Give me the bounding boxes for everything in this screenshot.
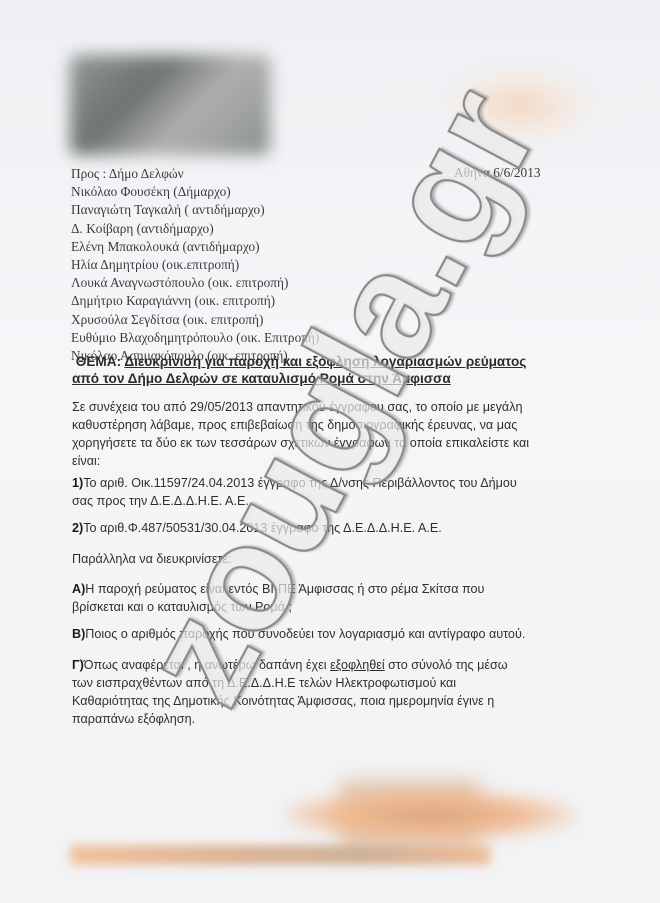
recipient: Παναγιώτη Ταγκαλή ( αντιδήμαρχο): [71, 201, 319, 219]
blurred-footer: [70, 845, 490, 865]
subject-block: ΘΕΜΑ: Διευκρίνιση για παροχή και εξόφλησ…: [72, 353, 526, 387]
question-c-text: Όπως αναφέρεται , η ανωτέρω δαπάνη έχει: [84, 658, 330, 672]
question-a-text: Η παροχή ρεύματος είναι εντός ΒΙ-ΠΕ Άμφι…: [85, 582, 484, 596]
item-1-text: σας προς την Δ.Ε.Δ.Δ.Η.Ε. Α.Ε.: [72, 492, 517, 510]
recipient: Ελένη Μπακολουκά (αντιδήμαρχο): [71, 238, 319, 256]
recipient: Δ. Κοίβαρη (αντιδήμαρχο): [71, 220, 319, 238]
intro-line: χορηγήσετε τα δύο εκ των τεσσάρων σχετικ…: [72, 434, 529, 452]
item-1-text: Το αριθ. Οικ.11597/24.04.2013 έγγραφο τη…: [83, 476, 517, 490]
question-a-text: βρίσκεται και ο καταυλισμός των Ρομά ;: [72, 598, 484, 616]
intro-line: είναι:: [72, 452, 529, 470]
question-c-text: στο σύνολό της μέσω: [385, 658, 508, 672]
recipients-heading: Προς : Δήμο Δελφών: [71, 165, 319, 183]
question-b-label: Β): [72, 627, 85, 641]
recipient: Ευθύμιο Βλαχοδημητρόπουλο (οικ. Επιτροπή…: [71, 329, 319, 347]
question-c-text: παραπάνω εξόφληση.: [72, 710, 508, 728]
question-c: Γ)Όπως αναφέρεται , η ανωτέρω δαπάνη έχε…: [72, 656, 508, 728]
blurred-letterhead-logo: [70, 55, 270, 155]
question-a-label: Α): [72, 582, 85, 596]
item-2-label: 2): [72, 521, 83, 535]
question-c-text: Καθαριότητας της Δημοτικής Κοινότητας Άμ…: [72, 692, 508, 710]
question-c-text: των εισπραχθέντων από τη Δ.Ε.Δ.Δ.Η.Ε τελ…: [72, 674, 508, 692]
requested-doc-1: 1)Το αριθ. Οικ.11597/24.04.2013 έγγραφο …: [72, 474, 517, 510]
question-b-text: Ποιος ο αριθμός παροχής που συνοδεύει το…: [85, 627, 525, 641]
recipient: Χρυσούλα Σεγδίτσα (οικ. επιτροπή): [71, 311, 319, 329]
intro-line: Σε συνέχεια του από 29/05/2013 απαντητικ…: [72, 398, 529, 416]
letter-date: Αθήνα 6/6/2013: [454, 165, 541, 181]
clarify-intro: Παράλληλα να διευκρινίσετε:: [72, 550, 232, 568]
recipients-block: Προς : Δήμο Δελφών Νικόλαο Φουσέκη (Δήμα…: [71, 165, 319, 365]
question-c-label: Γ): [72, 658, 84, 672]
question-c-underlined: εξοφληθεί: [330, 658, 385, 672]
recipient: Δημήτριο Καραγιάννη (οικ. επιτροπή): [71, 292, 319, 310]
intro-paragraph: Σε συνέχεια του από 29/05/2013 απαντητικ…: [72, 398, 529, 470]
subject-label: ΘΕΜΑ:: [76, 354, 121, 369]
blurred-letterhead-info: [450, 70, 590, 140]
question-b: Β)Ποιος ο αριθμός παροχής που συνοδεύει …: [72, 625, 525, 643]
recipient: Ηλία Δημητρίου (οικ.επιτροπή): [71, 256, 319, 274]
scanned-letter-page: Προς : Δήμο Δελφών Νικόλαο Φουσέκη (Δήμα…: [0, 0, 660, 903]
intro-line: καθυστέρηση λάβαμε, προς επιβεβαίωση της…: [72, 416, 529, 434]
subject-line-2: από τον Δήμο Δελφών σε καταυλισμό Ρομά σ…: [72, 371, 451, 386]
question-a: Α)Η παροχή ρεύματος είναι εντός ΒΙ-ΠΕ Άμ…: [72, 580, 484, 616]
item-1-label: 1): [72, 476, 83, 490]
requested-doc-2: 2)Το αριθ.Φ.487/50531/30.04.2013 έγγραφο…: [72, 519, 442, 537]
item-2-text: Το αριθ.Φ.487/50531/30.04.2013 έγγραφο τ…: [83, 521, 442, 535]
recipient: Νικόλαο Φουσέκη (Δήμαρχο): [71, 183, 319, 201]
recipient: Λουκά Αναγνωστόπουλο (οικ. επιτροπή): [71, 274, 319, 292]
blurred-stamp: [285, 790, 575, 840]
subject-line-1: Διευκρίνιση για παροχή και εξόφληση λογα…: [124, 354, 526, 369]
